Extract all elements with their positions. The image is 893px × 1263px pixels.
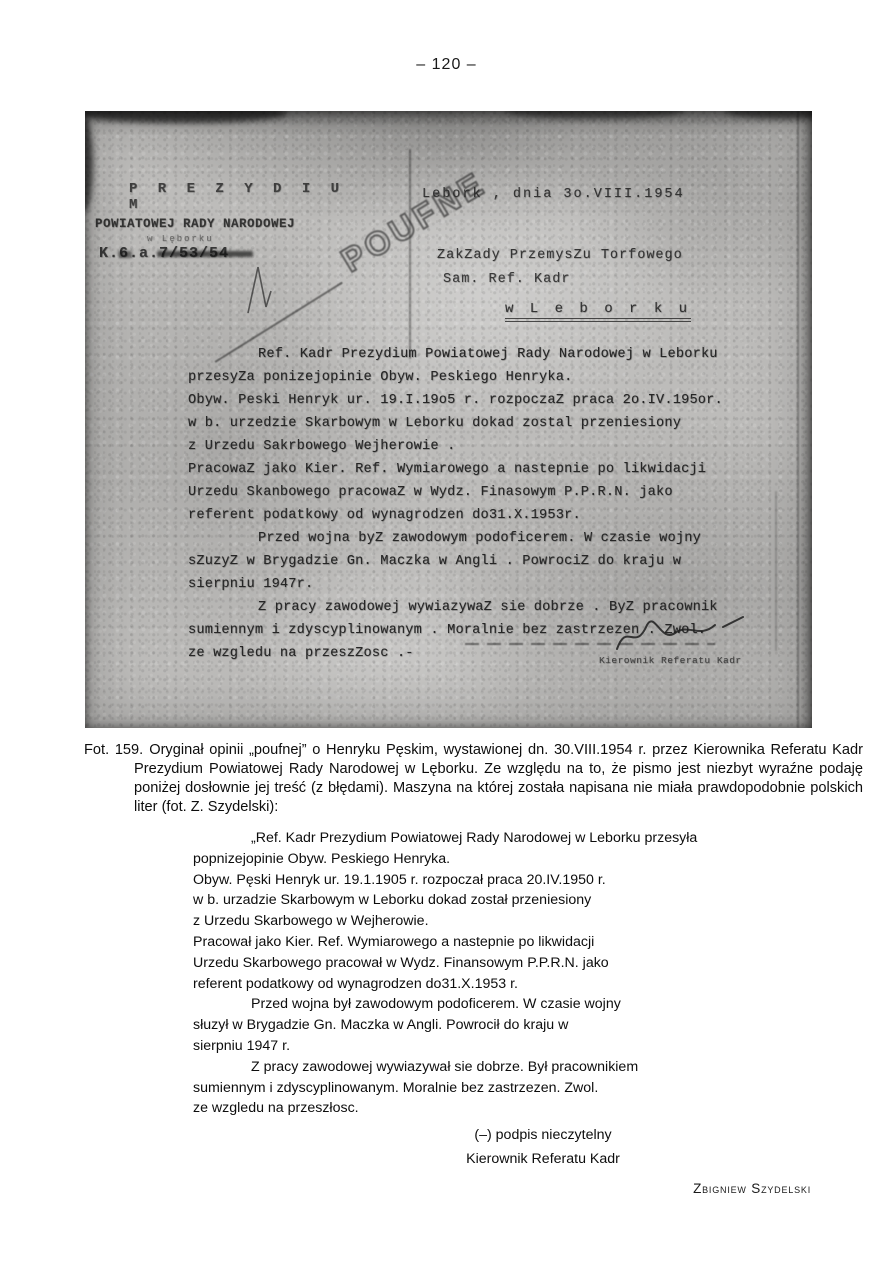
transcription-signature: (–) podpis nieczytelny Kierownik Referat… — [383, 1124, 703, 1171]
document-date-line: Lebork , dnia 3o.VIII.1954 — [422, 187, 685, 202]
typed-line: Urzedu Skanbowego pracowaZ w Wydz. Finas… — [188, 481, 778, 504]
signature-title: Kierownik Referatu Kadr — [599, 655, 742, 666]
transcription-line: popnizejopinie Obyw. Peskiego Henryka. — [193, 849, 753, 870]
typed-line: sZuzyZ w Brygadzie Gn. Maczka w Angli . … — [188, 550, 778, 573]
transcription-block: „Ref. Kadr Prezydium Powiatowej Rady Nar… — [193, 828, 753, 1119]
typed-line: Ref. Kadr Prezydium Powiatowej Rady Naro… — [188, 343, 778, 366]
addressee-company: ZakZady PrzemysZu Torfowego — [437, 248, 683, 263]
transcription-line: z Urzedu Skarbowego w Wejherowie. — [193, 911, 753, 932]
transcription-line: ze wzgledu na przeszłosc. — [193, 1098, 753, 1119]
stamp-line-prezydium: P R E Z Y D I U M — [95, 181, 355, 213]
transcription-line: referent podatkowy od wynagrodzen do31.X… — [193, 974, 753, 995]
page-number: – 120 – — [0, 56, 893, 74]
typed-line: referent podatkowy od wynagrodzen do31.X… — [188, 504, 778, 527]
handwritten-mark — [240, 261, 280, 321]
transcription-line: w b. urzadzie Skarbowym w Leborku dokad … — [193, 890, 753, 911]
transcription-signature-note: (–) podpis nieczytelny — [383, 1124, 703, 1148]
typed-line: w b. urzedzie Skarbowym w Leborku dokad … — [188, 412, 778, 435]
signature-block: Kierownik Referatu Kadr — [573, 611, 803, 681]
transcription-line: „Ref. Kadr Prezydium Powiatowej Rady Nar… — [193, 828, 753, 849]
transcription-line: Z pracy zawodowej wywiazywał sie dobrze.… — [193, 1057, 753, 1078]
photo-top-blotch — [505, 111, 685, 119]
transcription-line: Przed wojna był zawodowym podoficerem. W… — [193, 994, 753, 1015]
transcription-line: sumiennym i zdyscyplinowanym. Moralnie b… — [193, 1078, 753, 1099]
caption-label: Fot. 159. — [84, 742, 149, 758]
ink-smudge — [118, 251, 132, 258]
transcription-signature-title: Kierownik Referatu Kadr — [383, 1148, 703, 1172]
letterhead-stamp: P R E Z Y D I U M POWIATOWEJ RADY NARODO… — [95, 181, 355, 262]
typed-line: PracowaZ jako Kier. Ref. Wymiarowego a n… — [188, 458, 778, 481]
typed-line: przesyZa ponizejopinie Obyw. Peskiego He… — [188, 366, 778, 389]
stamp-line-city: w Lęborku — [95, 234, 355, 244]
typed-line: z Urzedu Sakrbowego Wejherowie . — [188, 435, 778, 458]
transcription-line: sierpniu 1947 r. — [193, 1036, 753, 1057]
photo-caption: Fot. 159.Oryginał opinii „poufnej” o Hen… — [84, 741, 863, 817]
transcription-line: Pracował jako Kier. Ref. Wymiarowego a n… — [193, 932, 753, 953]
addressee-city: w L e b o r k u — [505, 301, 691, 322]
photo-fold-line — [409, 149, 411, 359]
ink-smudge — [157, 251, 253, 257]
document-photo: P R E Z Y D I U M POWIATOWEJ RADY NARODO… — [85, 111, 812, 728]
handwritten-signature — [611, 613, 751, 657]
book-page: { "page_header": { "page_number": "– 120… — [0, 0, 893, 1263]
transcription-line: Urzedu Skarbowego pracował w Wydz. Finan… — [193, 953, 753, 974]
addressee-department: Sam. Ref. Kadr — [443, 272, 570, 287]
author-name: Zbigniew Szydelski — [693, 1181, 811, 1196]
photo-left-blotch — [85, 117, 93, 212]
transcription-line: słuzył w Brygadzie Gn. Maczka w Angli. P… — [193, 1015, 753, 1036]
typed-line: sierpniu 1947r. — [188, 573, 778, 596]
caption-text: Oryginał opinii „poufnej” o Henryku Pęsk… — [134, 742, 863, 815]
transcription-line: Obyw. Pęski Henryk ur. 19.1.1905 r. rozp… — [193, 870, 753, 891]
typed-line: Obyw. Peski Henryk ur. 19.I.19o5 r. rozp… — [188, 389, 778, 412]
photo-top-blotch — [85, 111, 287, 123]
stamp-line-rada-narodowa: POWIATOWEJ RADY NARODOWEJ — [95, 217, 355, 231]
typed-line: Przed wojna byZ zawodowym podoficerem. W… — [188, 527, 778, 550]
